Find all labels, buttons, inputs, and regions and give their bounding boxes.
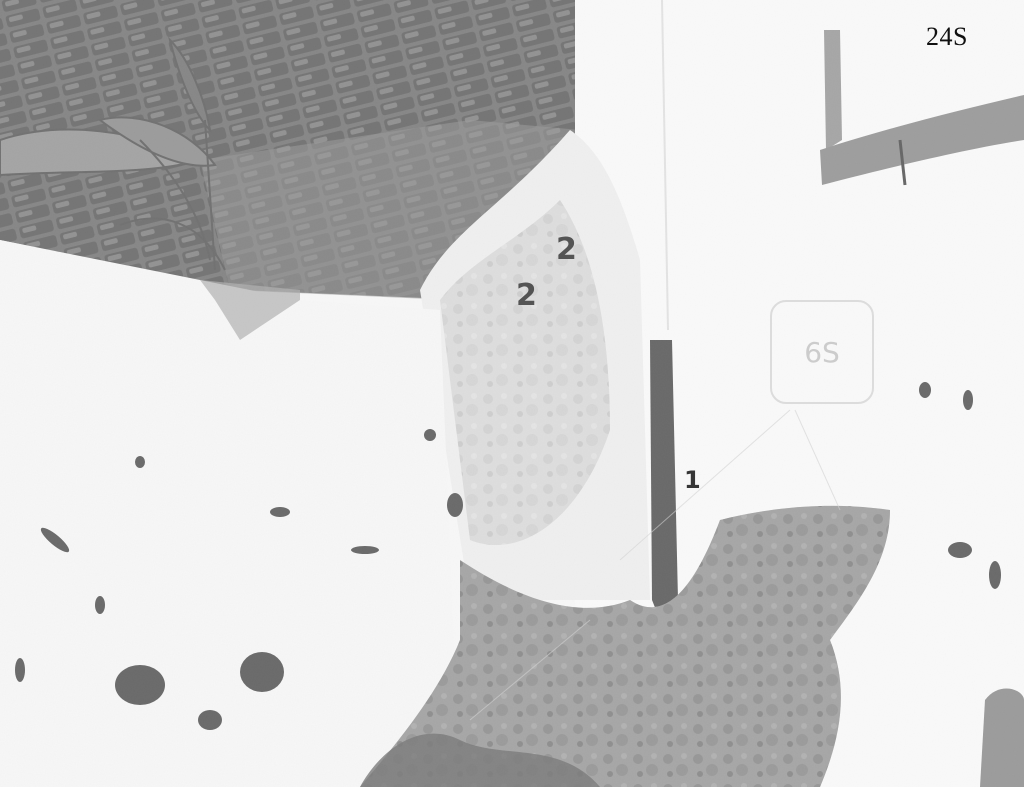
painted-numeral: 1 (684, 466, 701, 494)
painted-numeral: 2 (556, 232, 577, 267)
painted-numeral: 2 (516, 278, 537, 313)
figure-label: 24S (926, 22, 968, 52)
archival-photo: 6S 2 2 1 24S (0, 0, 1024, 787)
ghost-marking-text: 6S (804, 336, 840, 369)
ghost-marking: 6S (770, 300, 874, 404)
